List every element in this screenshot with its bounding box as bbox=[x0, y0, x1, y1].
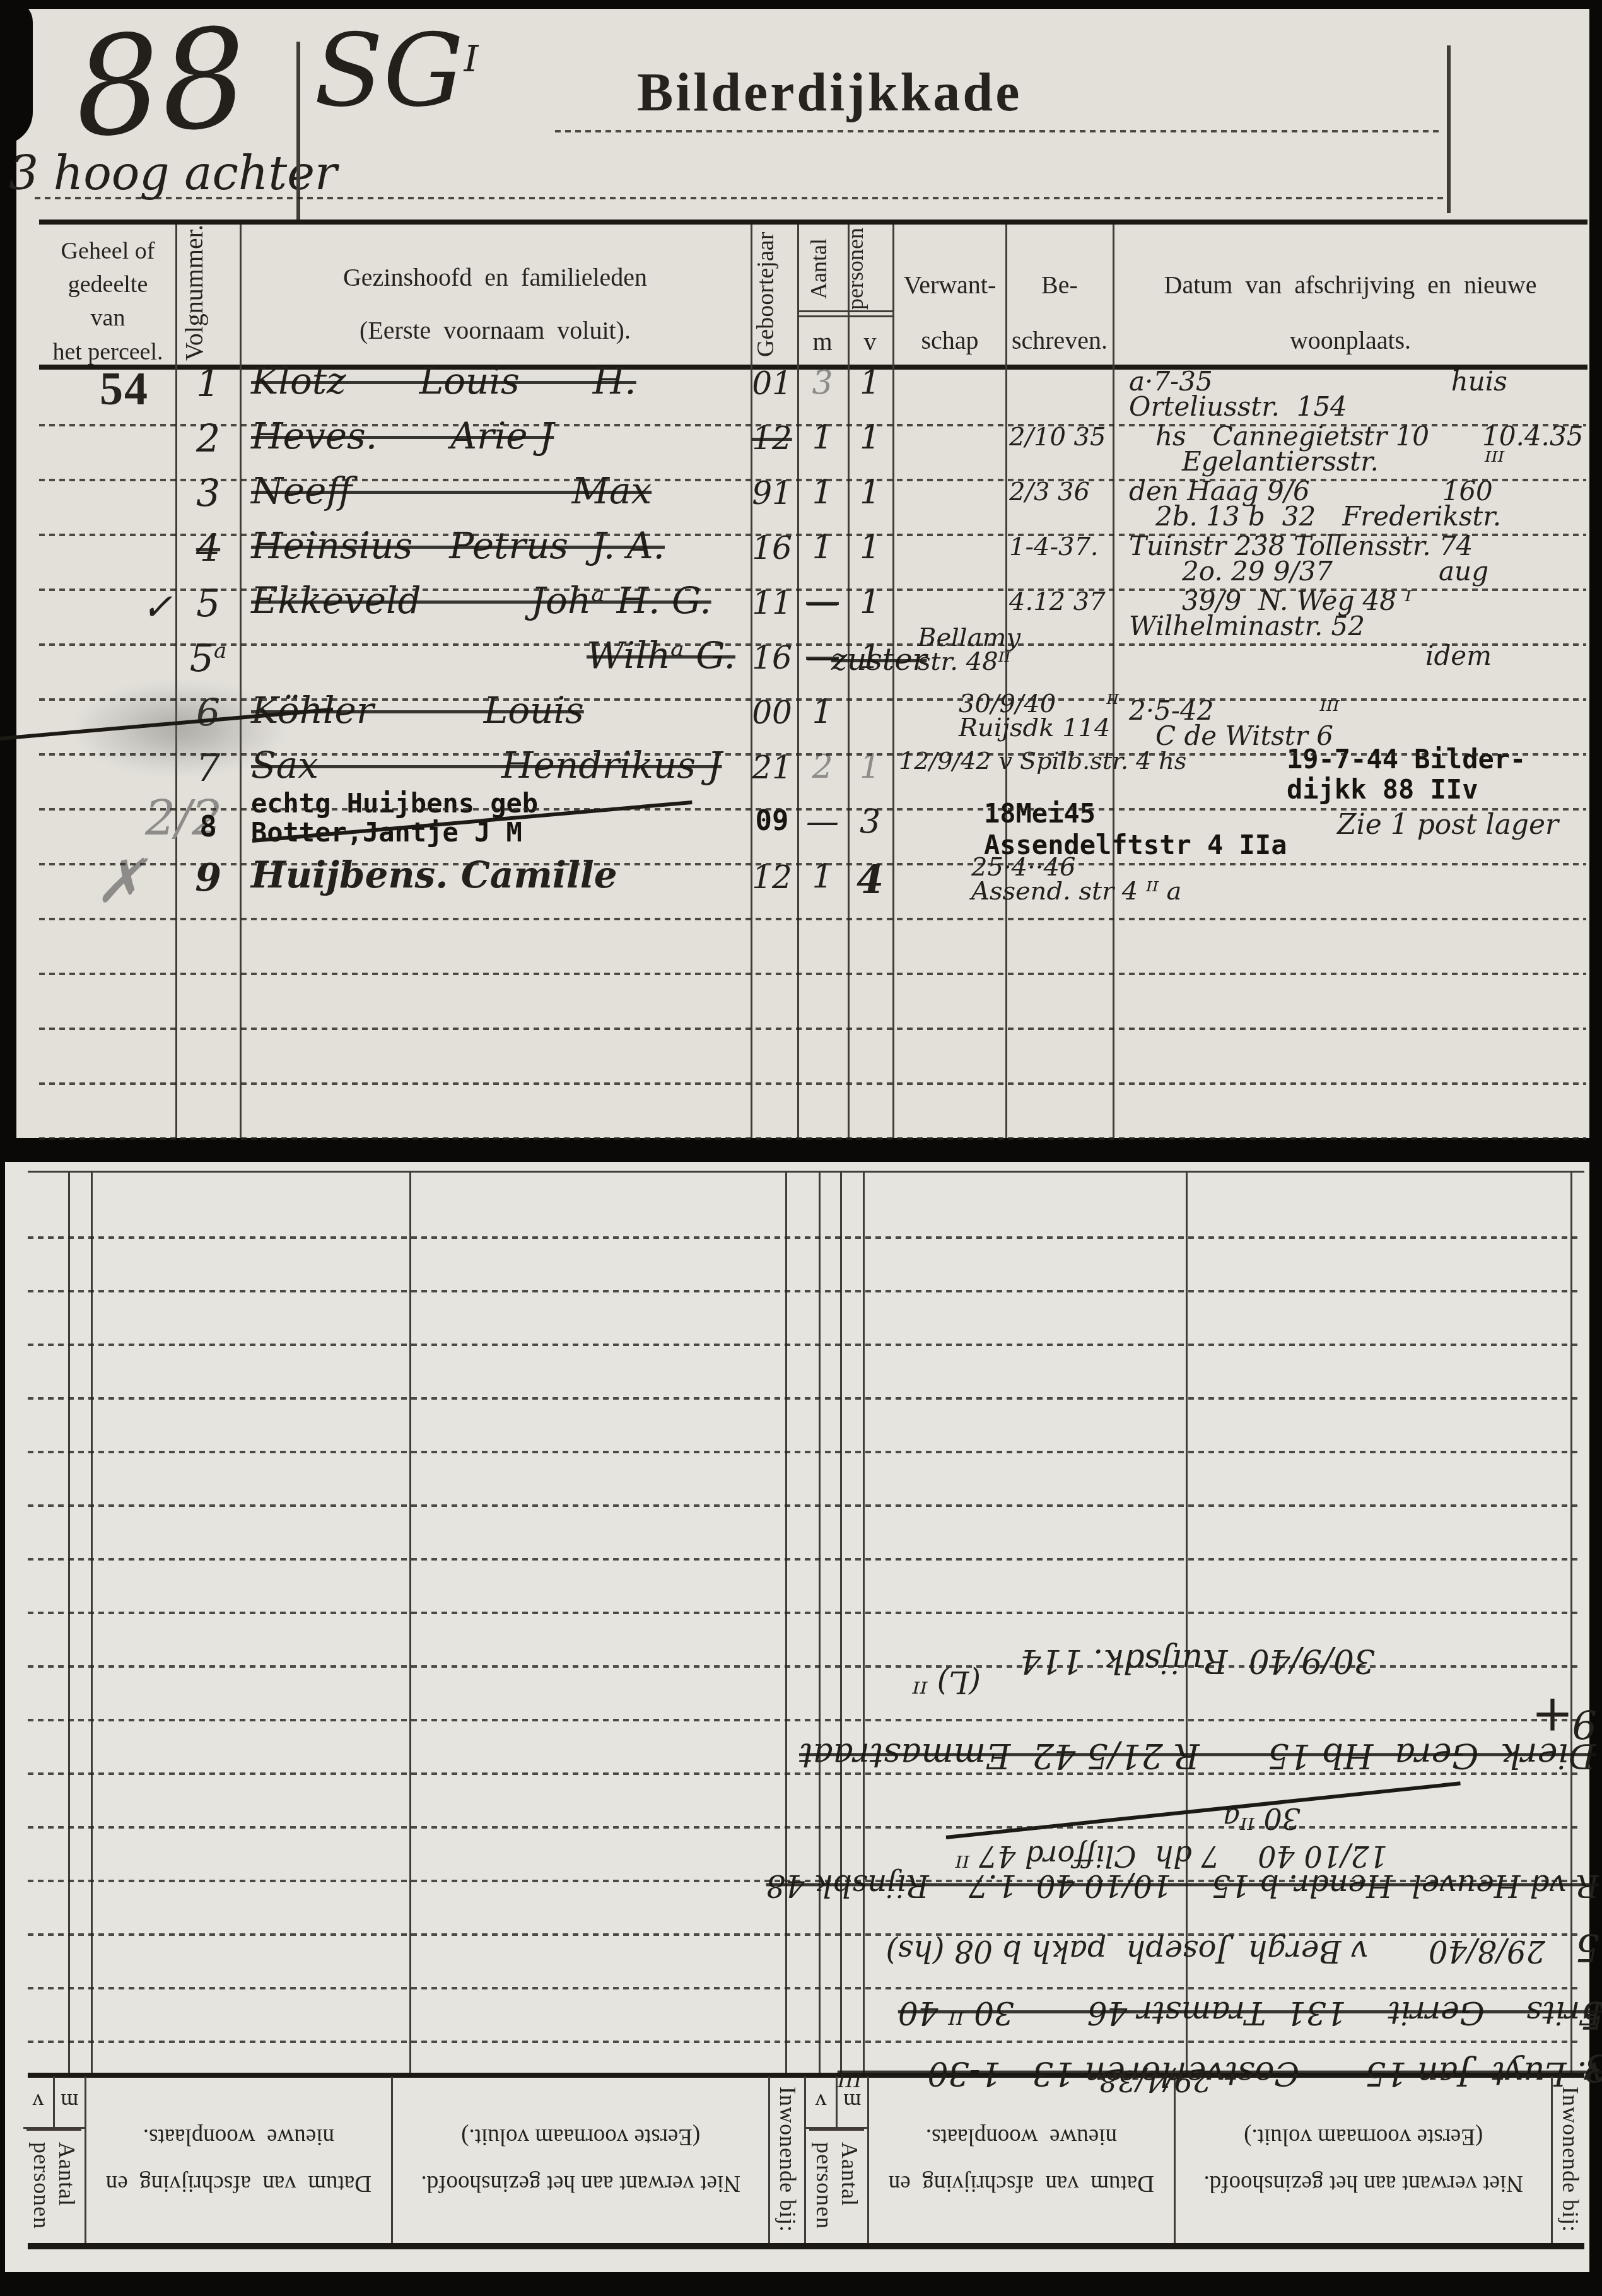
row-beschreven: 2/10 35 bbox=[1009, 425, 1106, 449]
inwonende-label: Inwonende bij: bbox=[775, 2087, 800, 2233]
column-rule bbox=[91, 1171, 93, 2076]
row-volgnr-sup: a bbox=[214, 638, 226, 664]
back-annotation-number: 3 bbox=[1568, 2042, 1602, 2092]
street-title: Bilderdijkkade bbox=[637, 67, 1022, 119]
back-header-inwonende: Inwonende bij: bbox=[770, 2076, 804, 2243]
register-row: ✓ 5 Ekkeveld Johᵃ H. G. 11 — 1 4.12 37 3… bbox=[0, 589, 1602, 643]
title-divider-line bbox=[296, 42, 300, 221]
dotted-row-line bbox=[28, 1451, 1581, 1453]
row-beschreven: 4.12 37 bbox=[1009, 590, 1106, 614]
header-verwantschap: Verwant- schap bbox=[894, 257, 1005, 368]
row-datum: den Haag 9/6 160 2b. 13 b 32 Frederikstr… bbox=[1129, 479, 1501, 529]
back-header-inwonende: Inwonende bij: bbox=[1553, 2076, 1587, 2243]
aantal-label: Aantal personen bbox=[29, 2143, 79, 2230]
header-geboortejaar: Geboortejaar bbox=[752, 227, 796, 362]
header-v: v bbox=[848, 327, 892, 356]
dotted-row-line bbox=[39, 1028, 1586, 1030]
row-datum: a·7-35 huis Orteliusstr. 154 bbox=[1129, 369, 1507, 419]
register-row: 2 Heves. Arie J 12 1 1 2/10 35 hs Canneg… bbox=[0, 424, 1602, 479]
back-annotation: (L) ᴵᴵ bbox=[829, 1662, 981, 1701]
row-name: Klotz Louis H. bbox=[251, 364, 636, 399]
dotted-row-line bbox=[39, 424, 1586, 426]
dotted-row-line bbox=[28, 1987, 1581, 1989]
house-number: 88 bbox=[70, 13, 251, 154]
row-birthyear: 09 bbox=[747, 808, 797, 835]
row-volgnr: 1 bbox=[178, 366, 238, 402]
row-males: 1 bbox=[797, 423, 848, 454]
dotted-row-line bbox=[39, 1137, 1586, 1140]
back-header-half: Inwonende bij: Niet verwant aan het gezi… bbox=[23, 2076, 806, 2243]
row-pencil-mark: ✗ bbox=[95, 853, 145, 910]
dotted-row-line bbox=[28, 1558, 1581, 1561]
row-verwantschap: zuster bbox=[831, 646, 927, 675]
column-rule bbox=[785, 1171, 787, 2076]
aantal-label-wrap: Aantal personen bbox=[23, 2129, 85, 2243]
register-code-text: SG bbox=[314, 11, 464, 129]
dotted-row-line bbox=[39, 589, 1586, 591]
dotted-row-line bbox=[28, 2041, 1581, 2043]
row-females: 1 bbox=[848, 477, 892, 508]
header-top-rule bbox=[39, 220, 1587, 225]
scanned-register-page: 88 3 hoog achter SGI Bilderdijkkade Gehe… bbox=[0, 0, 1602, 2296]
row-datum: idem bbox=[1425, 643, 1492, 669]
row-males: — bbox=[797, 587, 848, 618]
row-volgnr: 4 bbox=[178, 531, 238, 567]
row-volgnr: 3 bbox=[178, 476, 238, 512]
row-birthyear: 12 bbox=[747, 424, 797, 454]
header-gezinshoofd: Gezinshoofd en familieleden (Eerste voor… bbox=[242, 251, 748, 357]
row-datum: Tuinstr 238 Tollensstr. 74 2o. 29 9/37 a… bbox=[1129, 534, 1488, 584]
dotted-row-line bbox=[39, 643, 1586, 646]
back-header-datum: Datum van afschrijving en nieuwe woonpla… bbox=[86, 2076, 394, 2243]
aantal-label: Aantal personen bbox=[812, 2143, 862, 2230]
row-beschreven: Bellamy str. 48ᴵᴵ bbox=[918, 626, 1020, 674]
header-perceel: Geheel of gedeelte van het perceel. bbox=[42, 235, 174, 369]
aantal-label-wrap: Aantal personen bbox=[806, 2129, 867, 2243]
dotted-row-line bbox=[28, 1719, 1581, 1721]
row-birthyear: 01 bbox=[747, 369, 797, 399]
back-header-niet-verwant: Niet verwant aan het gezinshoofd. (Eerst… bbox=[1176, 2076, 1553, 2243]
row-birthyear: 91 bbox=[747, 479, 797, 509]
dotted-row-line bbox=[39, 534, 1586, 536]
row-females: 1 bbox=[848, 532, 892, 563]
row-volgnr: 5 bbox=[178, 586, 238, 622]
back-annotation-struck: R vd Heuvel Hendr. b 15 10/10 40 1.7 Rij… bbox=[817, 1866, 1599, 1905]
header-datum: Datum van afschrijving en nieuwe woonpla… bbox=[1114, 257, 1587, 368]
row-males: 1 bbox=[797, 697, 848, 728]
back-header-niet-verwant: Niet verwant aan het gezinshoofd. (Eerst… bbox=[393, 2076, 770, 2243]
row-birthyear: 16 bbox=[747, 643, 797, 674]
dotted-row-line bbox=[39, 753, 1586, 756]
floor-note: 3 hoog achter bbox=[9, 151, 337, 196]
row-volgnr: 2 bbox=[178, 421, 238, 457]
title-right-divider-line bbox=[1447, 45, 1451, 213]
back-annotation-number: 5 bbox=[1558, 1923, 1599, 1972]
row-datum: 2·5-42 ᴵᴵᴵ C de Witstr 6 bbox=[1129, 698, 1340, 749]
register-code-sup: I bbox=[464, 37, 478, 80]
row-birthyear: 12 bbox=[747, 863, 797, 893]
back-annotation: 29/8/40 v Bergh Joseph pakh b 08 (hs) bbox=[820, 1931, 1545, 1971]
header-beschreven: Be- schreven. bbox=[1007, 257, 1113, 368]
row-birthyear: 16 bbox=[747, 534, 797, 564]
row-males: 1 bbox=[797, 862, 848, 893]
dotted-row-line bbox=[28, 1826, 1581, 1829]
dotted-row-line bbox=[39, 698, 1586, 701]
scan-tear-corner bbox=[0, 0, 33, 145]
row-beschreven: 1-4-37. bbox=[1009, 535, 1099, 559]
dotted-row-line bbox=[39, 479, 1586, 481]
back-annotation-struck: Frits Gerrit 131 Tramstr 46 30 ᴵᴵ 40 bbox=[817, 1992, 1602, 2033]
aantal-mv-boxes: mv bbox=[23, 2076, 85, 2129]
row-females: 1 bbox=[848, 752, 892, 783]
row-females: 1 bbox=[848, 423, 892, 454]
inwonende-label: Inwonende bij: bbox=[1557, 2087, 1582, 2233]
aantal-divider-1 bbox=[797, 310, 892, 312]
back-annotation: 29/4/38 bbox=[959, 2061, 1211, 2099]
title-dotted-line-1 bbox=[555, 130, 1441, 132]
dotted-row-line bbox=[39, 1082, 1586, 1085]
m-label: m bbox=[55, 2076, 85, 2127]
register-row: 1 Klotz Louis H. 01 3 1 a·7-35 huis Orte… bbox=[0, 369, 1602, 424]
row-males: — bbox=[797, 807, 848, 838]
row-males: 2 bbox=[797, 752, 848, 783]
row-females: 1 bbox=[848, 587, 892, 618]
dotted-row-line bbox=[28, 1397, 1581, 1400]
dotted-row-line bbox=[28, 1880, 1581, 1882]
row-males: 1 bbox=[797, 477, 848, 508]
register-row: 2/2 8 echtg Huijbens geb Botter,Jantje J… bbox=[0, 808, 1602, 863]
row-birthyear: 21 bbox=[747, 753, 797, 783]
register-row: ✗ 9 Huijbens. Camille 12 1 4 25·4··46 As… bbox=[0, 863, 1602, 918]
row-volgnr: 8 bbox=[178, 813, 238, 841]
row-males: 1 bbox=[797, 532, 848, 563]
back-header-half: Inwonende bij: Niet verwant aan het gezi… bbox=[806, 2076, 1587, 2243]
row-volgnr: 5a bbox=[178, 641, 238, 677]
row-females: 3 bbox=[848, 807, 892, 838]
back-annotation: 12/10 40 7 dh Clifford 47 ᴵᴵ 30 ᴵᴵa bbox=[820, 1799, 1388, 1875]
row-check-mark: ✓ bbox=[142, 590, 173, 624]
row-datum: Zie 1 post lager bbox=[1337, 812, 1558, 838]
dotted-row-line bbox=[39, 863, 1586, 865]
dotted-row-line bbox=[28, 1344, 1581, 1346]
row-birthyear: 00 bbox=[747, 698, 797, 729]
dotted-row-line bbox=[28, 1290, 1581, 1292]
back-annotation-pencil-cross: + bbox=[1514, 1683, 1574, 1748]
column-rule bbox=[409, 1171, 411, 2076]
back-annotation: 30/9/40 Ruijsdk. 114 bbox=[1072, 1639, 1375, 1682]
column-rule bbox=[68, 1171, 70, 2076]
row-volgnr: 9 bbox=[178, 860, 238, 896]
aantal-divider-2 bbox=[797, 315, 892, 317]
row-males: 3 bbox=[797, 368, 848, 399]
row-birthyear: 11 bbox=[747, 589, 797, 619]
row-females: 1 bbox=[848, 368, 892, 399]
dotted-row-line bbox=[28, 1236, 1581, 1239]
back-top-rule bbox=[28, 1171, 1584, 1173]
row-beschreven: 2/3 36 bbox=[1009, 480, 1090, 504]
dotted-row-line bbox=[39, 973, 1586, 975]
dotted-row-line bbox=[28, 1772, 1581, 1775]
header-m: m bbox=[797, 327, 848, 356]
dotted-row-line bbox=[28, 1933, 1581, 1936]
back-header-aantal: Aantal personen mv bbox=[23, 2076, 86, 2243]
register-row: 3 Neeff Max 91 1 1 2/3 36 den Haag 9/6 1… bbox=[0, 479, 1602, 534]
dotted-row-line bbox=[28, 1504, 1581, 1507]
dotted-row-line bbox=[28, 1612, 1581, 1614]
register-row: 4 Heinsius Petrus J. A. 16 1 1 1-4-37. T… bbox=[0, 534, 1602, 589]
back-bottom-rule bbox=[28, 2243, 1584, 2249]
title-dotted-line-2 bbox=[35, 197, 1447, 199]
header-volgnummer: Volgnummer. bbox=[179, 228, 236, 361]
dotted-row-line bbox=[39, 918, 1586, 920]
dotted-row-line bbox=[28, 1665, 1581, 1668]
header-aantal-personen: Aantal personen bbox=[801, 226, 889, 312]
back-header-aantal: Aantal personen mv bbox=[806, 2076, 869, 2243]
v-label: v bbox=[23, 2076, 55, 2127]
row-datum: 39/9 N. Weg 48 ᴵ Wilhelminastr. 52 bbox=[1129, 589, 1412, 639]
row-females: 4 bbox=[848, 862, 892, 899]
dotted-row-line bbox=[39, 808, 1586, 811]
register-code: SGI bbox=[314, 23, 478, 119]
back-annotation-number: 5 bbox=[1563, 1990, 1602, 2039]
back-header-band: Inwonende bij: Niet verwant aan het gezi… bbox=[25, 2076, 1587, 2243]
back-annotation-struck: Dierk Gera Hb 15 R 21/5 42 Emmastraat bbox=[817, 1733, 1596, 1778]
back-header-datum: Datum van afschrijving en nieuwe woonpla… bbox=[869, 2076, 1176, 2243]
row-datum: hs Cannegietstr 10 10.4.35 Egelantiersst… bbox=[1129, 424, 1583, 474]
